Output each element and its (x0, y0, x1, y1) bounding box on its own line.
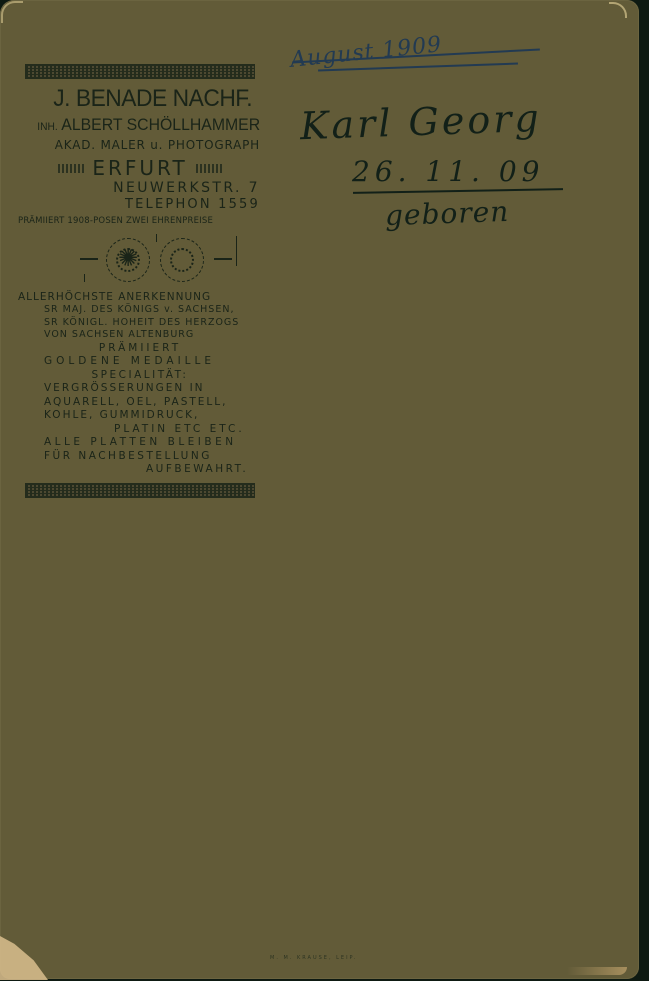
city-line: ERFURT (18, 158, 262, 178)
owner-name: ALBERT SCHÖLLHAMMER (61, 115, 260, 134)
ornament-dash (214, 258, 232, 260)
profession: AKAD. MALER u. PHOTOGRAPH (18, 139, 262, 151)
gold-medal: GOLDENE MEDAILLE (18, 356, 262, 367)
ornament-tick (84, 274, 85, 282)
owner-prefix: INH. (37, 121, 57, 133)
edge-wear (1, 1, 23, 23)
city: ERFURT (92, 158, 187, 178)
award-line: PRÄMIIERT 1908-POSEN ZWEI EHRENPREISE (18, 217, 262, 226)
plates-line: AUFBEWAHRT. (18, 464, 262, 475)
cabinet-card-back: J. BENADE NACHF. INH. ALBERT SCHÖLLHAMME… (0, 0, 639, 979)
street-address: NEUWERKSTR. 7 (18, 181, 262, 195)
underline (353, 188, 563, 194)
corner-damage (0, 936, 48, 980)
ornament-icon (196, 164, 222, 173)
specialty-line: VERGRÖSSERUNGEN IN (18, 383, 262, 394)
handwritten-note: geboren (384, 195, 509, 232)
photographer-imprint: J. BENADE NACHF. INH. ALBERT SCHÖLLHAMME… (18, 64, 262, 498)
printer-mark: M. M. KRAUSE, LEIP. (270, 955, 357, 961)
specialty-heading: SPECIALITÄT: (18, 370, 262, 381)
owner-line: INH. ALBERT SCHÖLLHAMMER (35, 116, 262, 133)
ornament-dash (80, 258, 98, 260)
recognition-line: ALLERHÖCHSTE ANERKENNUNG (18, 292, 262, 303)
firm-name: J. BENADE NACHF. (24, 87, 256, 111)
specialty-line: KOHLE, GUMMIDRUCK, (18, 410, 262, 421)
handwritten-date: 26. 11. 09 (352, 155, 545, 188)
plates-line: FÜR NACHBESTELLUNG (18, 451, 262, 462)
specialty-line: PLATIN ETC ETC. (18, 424, 262, 435)
specialty-line: AQUARELL, OEL, PASTELL, (18, 397, 262, 408)
telephone: TELEPHON 1559 (18, 198, 262, 211)
ornamental-border-bottom (25, 483, 255, 498)
edge-wear (609, 2, 627, 18)
ornament-tick (156, 234, 157, 242)
plates-line: ALLE PLATTEN BLEIBEN (18, 437, 262, 448)
ornament-tick (236, 236, 237, 266)
premiated: PRÄMIIERT (18, 343, 262, 354)
medal-icon (106, 238, 150, 282)
ornamental-border-top (25, 64, 255, 79)
medals (18, 234, 262, 284)
medal-wreath-icon (160, 238, 204, 282)
ornament-icon (58, 164, 84, 173)
recognition-block: ALLERHÖCHSTE ANERKENNUNG SR MAJ. DES KÖN… (18, 292, 262, 475)
handwritten-name: Karl Georg (299, 96, 542, 148)
edge-wear (567, 967, 627, 975)
recognition-line: SR KÖNIGL. HOHEIT DES HERZOGS (18, 318, 262, 328)
recognition-line: SR MAJ. DES KÖNIGS v. SACHSEN, (18, 305, 262, 315)
recognition-line: VON SACHSEN ALTENBURG (18, 330, 262, 340)
